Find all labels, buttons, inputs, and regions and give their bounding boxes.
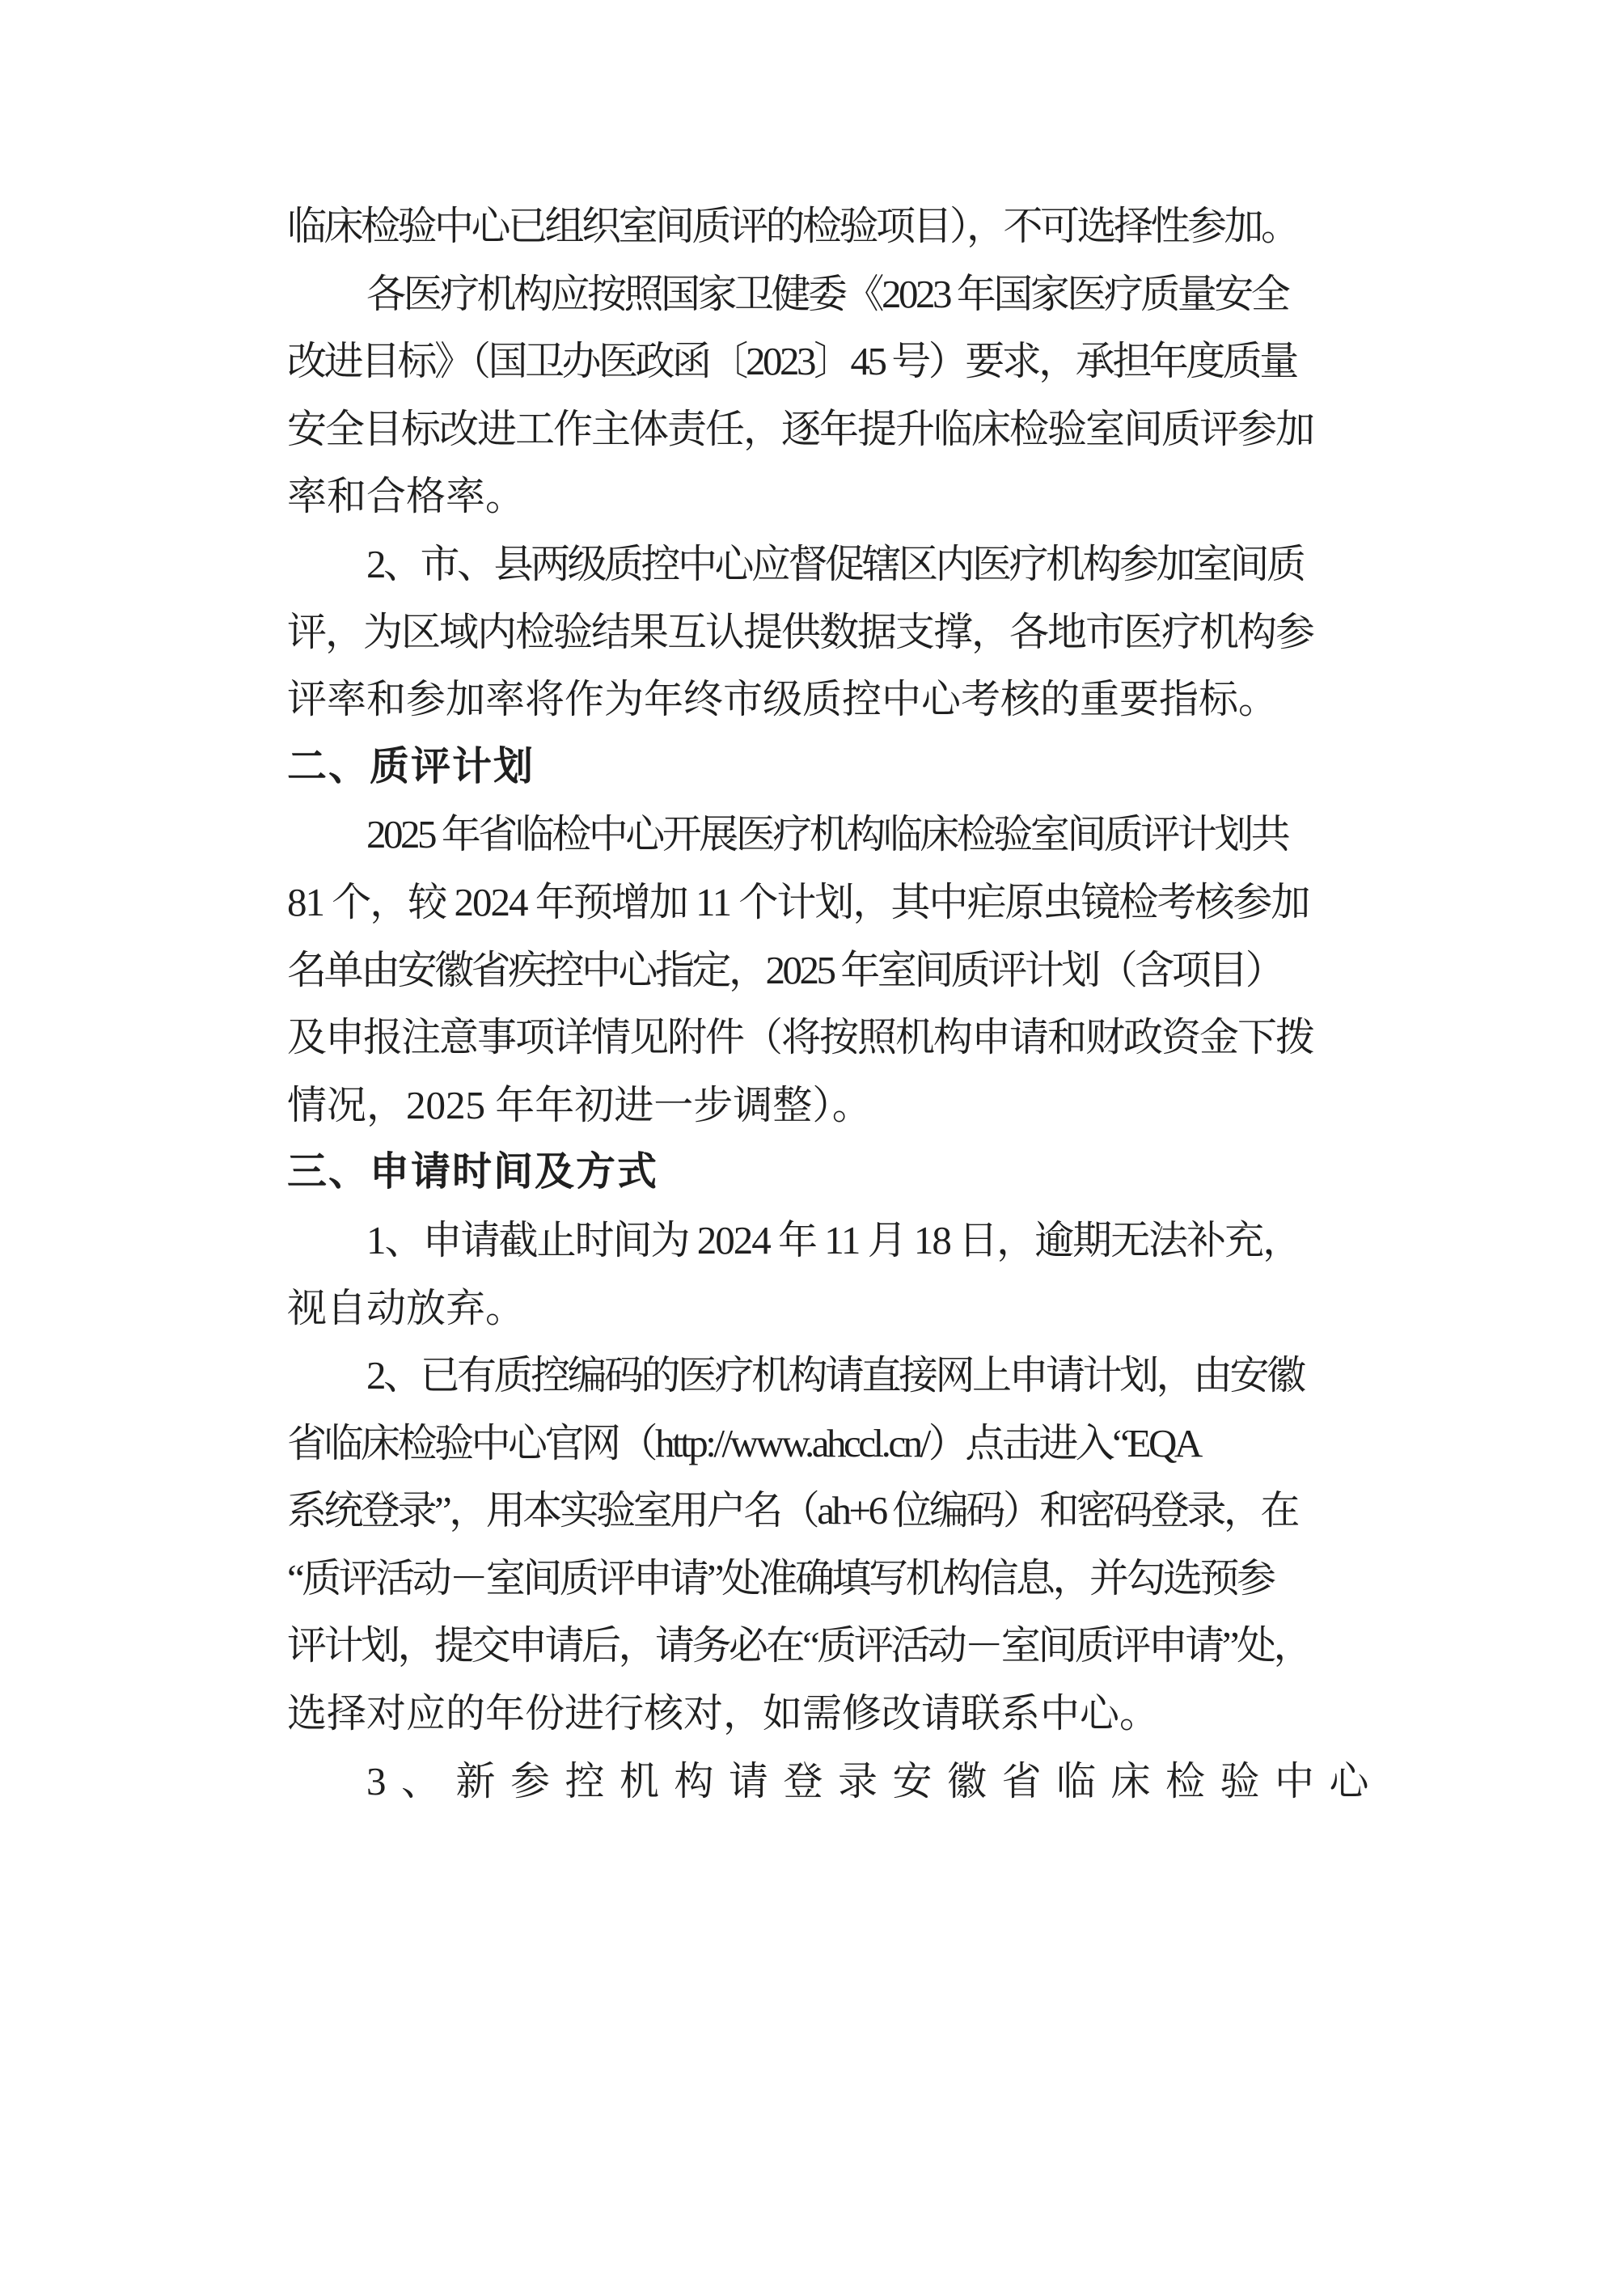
text-line: 临床检验中心已组织室间质评的检验项目），不可选择性参加。 (287, 192, 1334, 260)
text-line: 2025 年省临检中心开展医疗机构临床检验室间质评计划共 (287, 801, 1334, 869)
text-line: 1、申请截止时间为 2024 年 11 月 18 日，逾期无法补充， (287, 1207, 1334, 1275)
document-page: 临床检验中心已组织室间质评的检验项目），不可选择性参加。 各医疗机构应按照国家卫… (0, 0, 1624, 2296)
text-line: 3、新参控机构请登录安徽省临床检验中心 (287, 1748, 1334, 1816)
text-line: 及申报注意事项详情见附件（将按照机构申请和财政资金下拨 (287, 1004, 1334, 1072)
section-heading-3: 三、申请时间及方式 (287, 1139, 1334, 1207)
text-line: 安全目标改进工作主体责任，逐年提升临床检验室间质评参加 (287, 395, 1334, 463)
text-line: 名单由安徽省疾控中心指定，2025 年室间质评计划（含项目） (287, 937, 1334, 1004)
text-line: 评率和参加率将作为年终市级质控中心考核的重要指标。 (287, 666, 1334, 734)
text-line: 2、市、县两级质控中心应督促辖区内医疗机构参加室间质 (287, 531, 1334, 598)
text-line: 2、已有质控编码的医疗机构请直接网上申请计划，由安徽 (287, 1342, 1334, 1410)
text-line: 各医疗机构应按照国家卫健委《2023 年国家医疗质量安全 (287, 260, 1334, 328)
document-body: 临床检验中心已组织室间质评的检验项目），不可选择性参加。 各医疗机构应按照国家卫… (287, 192, 1334, 1815)
text-line: 评计划，提交申请后，请务必在“质评活动－室间质评申请”处， (287, 1612, 1334, 1680)
section-heading-2: 二、质评计划 (287, 734, 1334, 801)
text-line: 改进目标》（国卫办医政函〔2023〕45 号）要求，承担年度质量 (287, 328, 1334, 395)
text-line: 评，为区域内检验结果互认提供数据支撑，各地市医疗机构参 (287, 598, 1334, 666)
text-line: 视自动放弃。 (287, 1275, 1334, 1343)
text-line: 81 个，较 2024 年预增加 11 个计划，其中疟原虫镜检考核参加 (287, 869, 1334, 937)
text-line: 选择对应的年份进行核对，如需修改请联系中心。 (287, 1680, 1334, 1748)
text-line: 率和合格率。 (287, 463, 1334, 531)
text-line: “质评活动－室间质评申请”处准确填写机构信息，并勾选预参 (287, 1545, 1334, 1613)
text-line: 省临床检验中心官网（http://www.ahccl.cn/）点击进入“EQA (287, 1410, 1334, 1478)
text-line: 情况，2025 年年初进一步调整）。 (287, 1072, 1334, 1140)
text-line: 系统登录”，用本实验室用户名（ah+6 位编码）和密码登录，在 (287, 1477, 1334, 1545)
